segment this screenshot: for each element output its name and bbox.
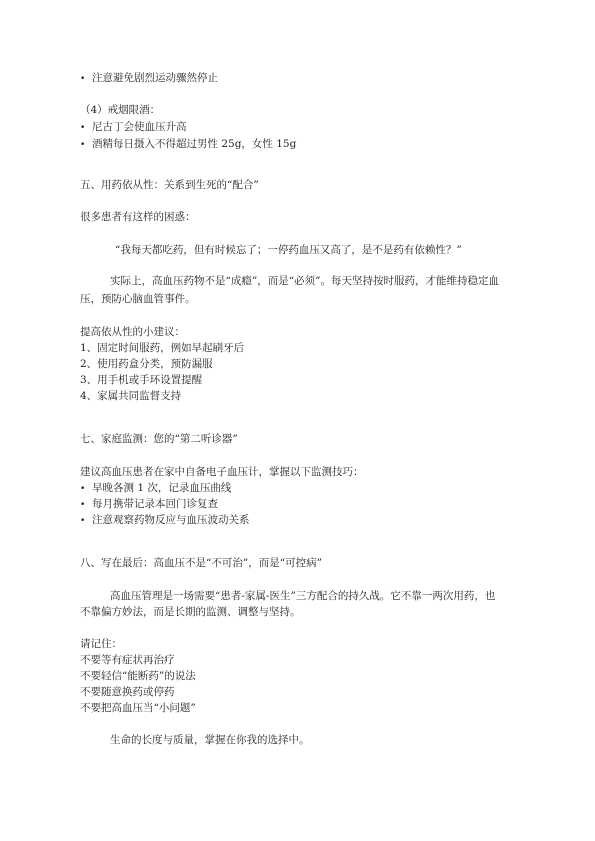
smoking-heading: （4）戒烟限酒： [80,103,160,117]
tip-4: 4、家属共同监督支持 [80,389,181,403]
section5-intro: 很多患者有这样的困惑： [80,210,196,224]
section7-title: 七、家庭监测：您的“第二听诊器” [80,432,238,446]
remember-3: 不要随意换药或停药 [80,685,175,699]
section8-para-line2: 不靠偏方妙法，而是长期的监测、调整与坚持。 [80,605,301,619]
section7-intro: 建议高血压患者在家中自备电子血压计，掌握以下监测技巧： [80,465,364,479]
smoking-bullet-1: 尼古丁会使血压升高 [80,120,187,135]
section8-para-line1: 高血压管理是一场需要“患者-家属-医生”三方配合的持久战。它不靠一两次用药，也 [110,589,495,603]
tips-heading: 提高依从性的小建议： [80,325,185,339]
section5-title: 五、用药依从性：关系到生死的“配合” [80,178,259,192]
tip-1: 1、固定时间服药，例如早起刷牙后 [80,341,244,355]
monitor-bullet-1: 早晚各测 1 次，记录血压曲线 [80,481,231,496]
exercise-bullet: 注意避免剧烈运动骤然停止 [80,71,218,86]
section8-title: 八、写在最后：高血压不是“不可治”，而是“可控病” [80,556,322,570]
tip-3: 3、用手机或手环设置提醒 [80,373,202,387]
smoking-bullet-2: 酒精每日摄入不得超过男性 25g，女性 15g [80,137,296,152]
monitor-bullet-3: 注意观察药物反应与血压波动关系 [80,513,250,528]
remember-4: 不要把高血压当“小问题” [80,701,196,715]
remember-1: 不要等有症状再治疗 [80,653,175,667]
remember-2: 不要轻信“能断药”的说法 [80,669,196,683]
closing-line: 生命的长度与质量，掌握在你我的选择中。 [110,733,310,747]
section5-quote: “我每天都吃药，但有时候忘了；一停药血压又高了，是不是药有依赖性？” [115,243,462,257]
section5-para-line1: 实际上，高血压药物不是“成瘾”，而是“必须”。每天坚持按时服药，才能维持稳定血 [110,274,499,288]
document-page: 注意避免剧烈运动骤然停止 （4）戒烟限酒： 尼古丁会使血压升高 酒精每日摄入不得… [0,0,595,841]
monitor-bullet-2: 每月携带记录本回门诊复查 [80,497,218,512]
section5-para-line2: 压，预防心脑血管事件。 [80,292,196,306]
tip-2: 2、使用药盒分类，预防漏服 [80,357,213,371]
remember-heading: 请记住： [80,637,122,651]
